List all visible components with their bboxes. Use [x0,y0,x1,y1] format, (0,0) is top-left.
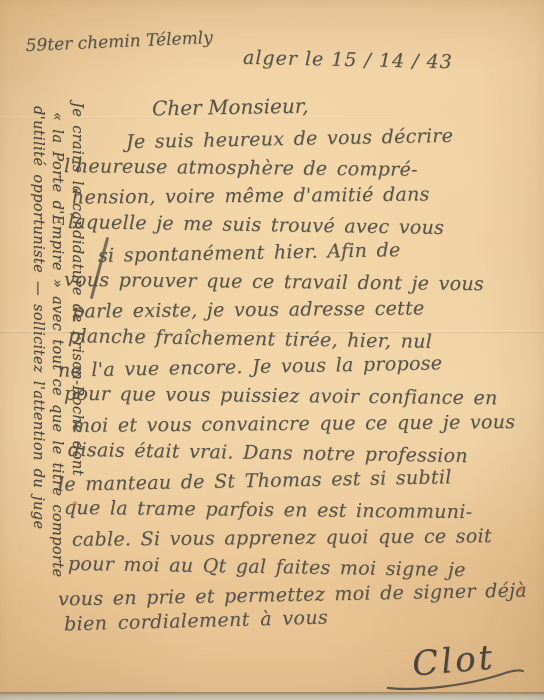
letter-line: Je suis heureux de vous décrire [126,122,454,157]
sender-address: 59ter chemin Télemly [25,28,214,75]
letter-line: hension, voire même d'amitié dans [72,180,430,212]
letter-body: Je suis heureux de vous décrirel'heureus… [0,121,544,610]
closing-formula: bien cordialement à vous [64,606,329,635]
closing-row: bien cordialement à vous [0,610,544,632]
letter-line: parle existe, je vous adresse cette [72,294,425,326]
salutation: Cher Monsieur, [152,94,309,121]
letter-line: l'heureuse atmosphère de compré- [64,152,418,184]
letter-line: pour que vous puissiez avoir confiance e… [64,379,498,412]
margin-note-line: d'utilité opportuniste — sollicitez l'at… [28,106,48,614]
letter-line: cable. Si vous apprenez quoi que ce soit [72,522,492,554]
scan-edge [0,692,544,700]
letter-line: que la trame parfois en est incommuni- [64,493,473,526]
letter-header: 59ter chemin Télemly alger le 15 / 14 / … [0,0,544,71]
letter-line: moi et vous convaincre que ce que je vou… [72,408,516,440]
place-and-date: alger le 15 / 14 / 43 [243,47,453,73]
letter-page: 59ter chemin Télemly alger le 15 / 14 / … [0,0,544,700]
letter-line: si spontanément hier. Afin de [98,236,401,270]
signature-block: Clot [382,635,526,694]
letter-line: vous prouver que ce travail dont je vous [64,265,484,298]
